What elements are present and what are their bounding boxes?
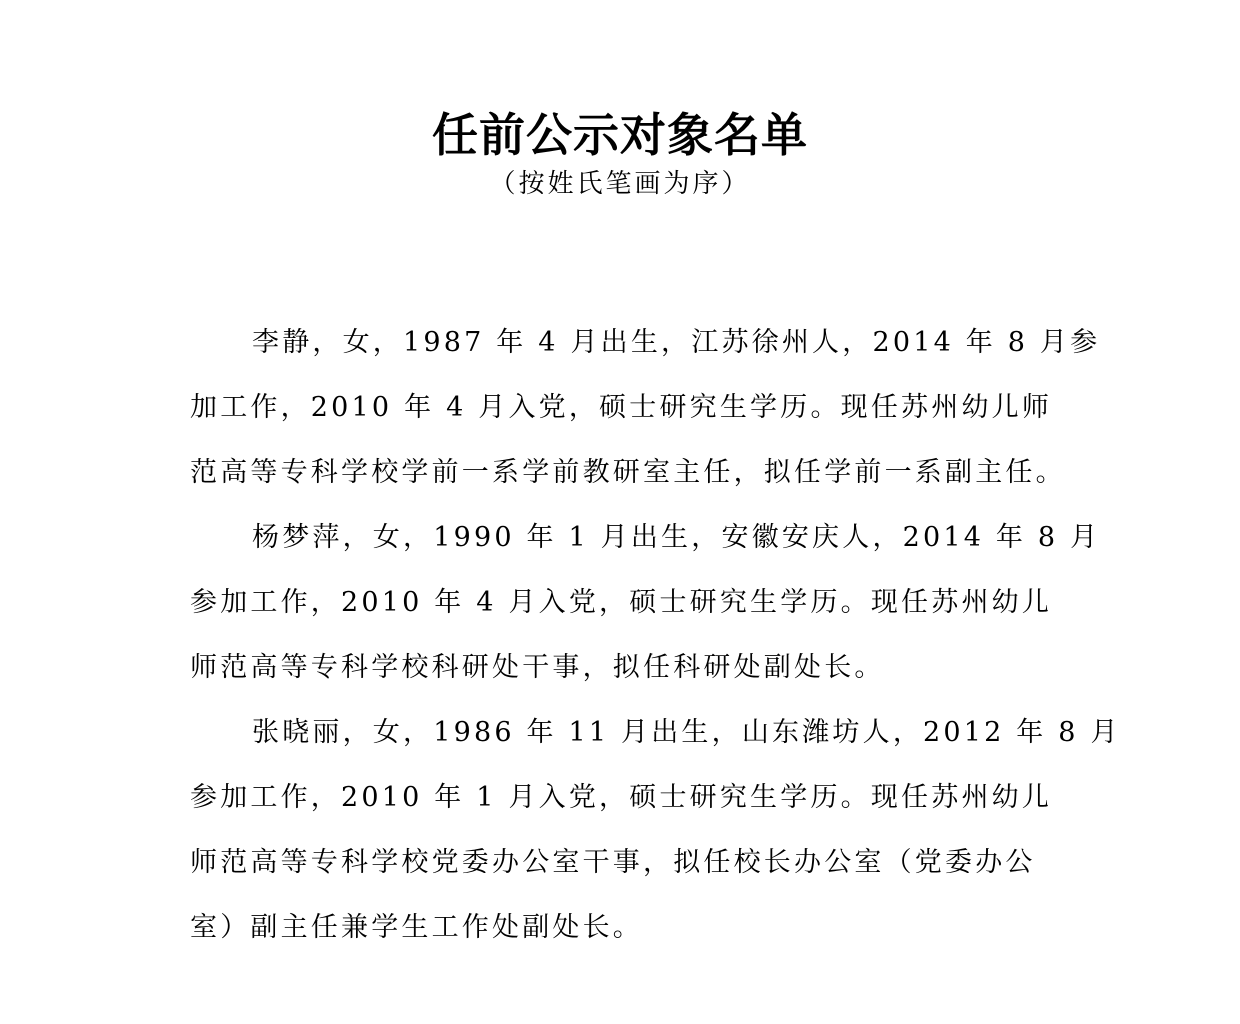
entry-paragraph-zhang-xiaoli: 张晓丽，女，1986 年 11 月出生，山东潍坊人，2012 年 8 月 参加工… xyxy=(190,700,1080,960)
document-body: 李静，女，1987 年 4 月出生，江苏徐州人，2014 年 8 月参 加工作，… xyxy=(190,310,1080,960)
paragraph-line: 参加工作，2010 年 4 月入党，硕士研究生学历。现任苏州幼儿 xyxy=(190,570,1080,635)
paragraph-line: 张晓丽，女，1986 年 11 月出生，山东潍坊人，2012 年 8 月 xyxy=(190,700,1080,765)
paragraph-line: 师范高等专科学校科研处干事，拟任科研处副处长。 xyxy=(190,635,1080,700)
paragraph-line: 李静，女，1987 年 4 月出生，江苏徐州人，2014 年 8 月参 xyxy=(190,310,1080,375)
paragraph-line: 杨梦萍，女，1990 年 1 月出生，安徽安庆人，2014 年 8 月 xyxy=(190,505,1080,570)
paragraph-line: 师范高等专科学校党委办公室干事，拟任校长办公室（党委办公 xyxy=(190,830,1080,895)
entry-paragraph-yang-mengping: 杨梦萍，女，1990 年 1 月出生，安徽安庆人，2014 年 8 月 参加工作… xyxy=(190,505,1080,700)
paragraph-line: 范高等专科学校学前一系学前教研室主任，拟任学前一系副主任。 xyxy=(190,440,1080,505)
entry-paragraph-li-jing: 李静，女，1987 年 4 月出生，江苏徐州人，2014 年 8 月参 加工作，… xyxy=(190,310,1080,505)
paragraph-line: 参加工作，2010 年 1 月入党，硕士研究生学历。现任苏州幼儿 xyxy=(190,765,1080,830)
document-title: 任前公示对象名单 xyxy=(0,103,1240,167)
paragraph-line: 加工作，2010 年 4 月入党，硕士研究生学历。现任苏州幼儿师 xyxy=(190,375,1080,440)
paragraph-line: 室）副主任兼学生工作处副处长。 xyxy=(190,895,1080,960)
document-subtitle: （按姓氏笔画为序） xyxy=(0,166,1240,202)
